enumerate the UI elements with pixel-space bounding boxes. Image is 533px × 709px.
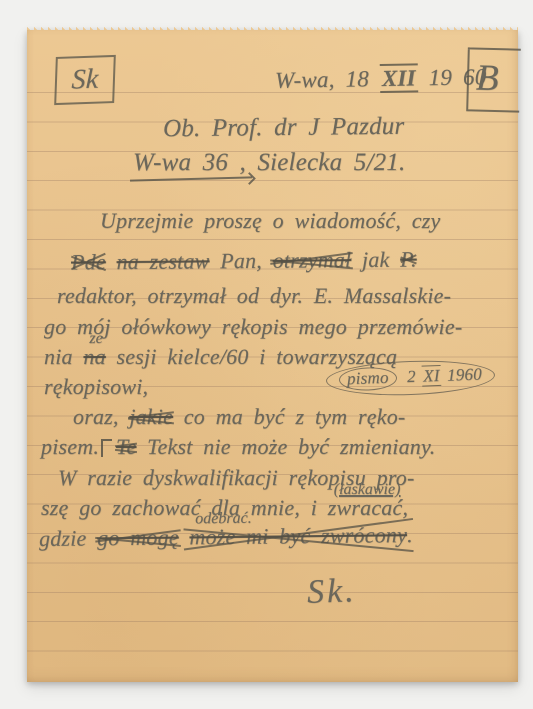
signature: Sk. bbox=[306, 572, 357, 612]
struck-word: na zestaw bbox=[116, 248, 209, 274]
addressee-address: W-wa 36 , Sielecka 5/21. bbox=[133, 149, 405, 177]
annotation-year: 1960 bbox=[447, 365, 482, 385]
corner-mark-b-letter: B bbox=[476, 58, 500, 100]
body-line-3: redaktor, otrzymał od dyr. E. Massalskie… bbox=[57, 285, 451, 307]
date-line: W-wa, 18 XII 19 60 bbox=[275, 64, 487, 94]
insertion-caret-mark bbox=[101, 439, 112, 457]
struck-phrase: go mogę bbox=[97, 524, 179, 550]
address-city-underlined: W-wa 36 bbox=[133, 149, 228, 177]
addressee-name: Ob. Prof. dr J Pazdur bbox=[163, 113, 405, 144]
annotation-day: 2 bbox=[407, 367, 416, 386]
struck-word: Pde bbox=[71, 249, 106, 274]
body-word: gdzie bbox=[39, 525, 87, 550]
body-text: Tekst nie może być zmieniany. bbox=[147, 434, 435, 459]
body-word: jak bbox=[362, 247, 390, 272]
body-punctuation: . bbox=[407, 522, 413, 547]
body-text: sesji kielce/60 i towarzyszącą bbox=[117, 344, 398, 369]
annotation-month-roman: XI bbox=[422, 365, 441, 387]
address-street: , Sielecka 5/21. bbox=[240, 149, 406, 176]
body-line-11: gdzie go mogę odebrać. może mi być zwróc… bbox=[39, 524, 413, 550]
body-word: nia bbox=[44, 344, 73, 369]
body-line-2: Pde na zestaw Pan, otrzymał jak P. bbox=[71, 248, 417, 273]
correction-group: ze na bbox=[83, 346, 105, 368]
body-word: zwracać, bbox=[328, 495, 408, 520]
struck-word: P. bbox=[400, 246, 417, 271]
body-line-8: pisem.Te Tekst nie może być zmieniany. bbox=[41, 436, 435, 458]
body-line-4: go mój ołówkowy rękopis mego przemówie- bbox=[44, 316, 462, 338]
struck-word: na bbox=[83, 344, 105, 369]
scanned-letter: Sk W-wa, 18 XII 19 60 B Ob. Prof. dr J P… bbox=[0, 0, 533, 709]
correction-group: (łaskawie) zwracać, bbox=[328, 497, 408, 519]
struck-word: jakie bbox=[129, 404, 173, 429]
date-prefix: W-wa, 18 bbox=[275, 66, 369, 93]
body-text: co ma być z tym ręko- bbox=[184, 404, 406, 429]
body-word: Pan, bbox=[220, 248, 262, 273]
correction-group: odebrać. może mi być zwrócony bbox=[189, 524, 407, 548]
corner-mark-b: B bbox=[466, 47, 521, 112]
inserted-word-above: (łaskawie) bbox=[334, 482, 401, 498]
body-line-6: rękopisowi, bbox=[44, 376, 148, 398]
stamp-sk-text: Sk bbox=[71, 64, 99, 97]
circled-word: pismo bbox=[339, 366, 397, 391]
struck-phrase: może mi być zwrócony bbox=[189, 522, 407, 549]
letter-paper-sheet: Sk W-wa, 18 XII 19 60 B Ob. Prof. dr J P… bbox=[27, 30, 518, 682]
body-word: pisem. bbox=[41, 434, 99, 459]
body-line-5: nia ze na sesji kielce/60 i towarzyszącą bbox=[44, 346, 397, 368]
body-text: szę go zachować dla mnie, i bbox=[41, 495, 317, 520]
body-word: oraz, bbox=[73, 404, 119, 429]
body-line-7: oraz, jakie co ma być z tym ręko- bbox=[73, 406, 405, 428]
inserted-word-above: ze bbox=[89, 331, 102, 347]
body-line-1: Uprzejmie proszę o wiadomość, czy bbox=[100, 210, 440, 232]
struck-word: Te bbox=[116, 434, 136, 459]
struck-word: otrzymał bbox=[273, 247, 352, 273]
stamp-box-sk: Sk bbox=[54, 55, 116, 105]
date-month-roman: XII bbox=[380, 63, 418, 93]
